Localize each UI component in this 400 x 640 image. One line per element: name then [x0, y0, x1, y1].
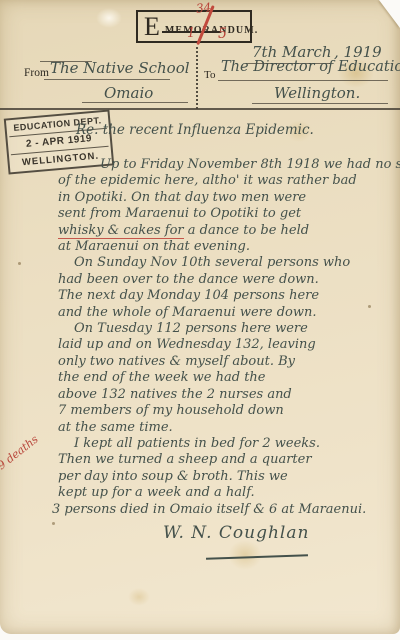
body-line: Up to Friday November 8th 1918 we had no…	[58, 157, 392, 173]
body-line: in Opotiki. On that day two men were	[58, 190, 392, 206]
signature-underline	[206, 554, 308, 559]
red-filing-number-left: 1	[187, 26, 195, 41]
memo-title: MEMORANDUM.	[165, 25, 258, 36]
body-line: and the whole of Maraenui were down.	[58, 305, 392, 321]
from-locality: Omaio	[104, 84, 153, 102]
centre-fold-dotted-line	[196, 47, 198, 109]
paper-stain	[128, 588, 150, 606]
red-filing-number-right: 5	[218, 26, 227, 42]
body-line: had been over to the dance were down.	[58, 272, 392, 288]
signature: W. N. Coughlan	[163, 523, 309, 543]
to-locality-rule	[252, 103, 388, 104]
body-line: Then we turned a sheep and a quarter	[58, 452, 392, 468]
body-line: 3 persons died in Omaio itself & 6 at Ma…	[52, 502, 392, 518]
from-value: The Native School	[50, 59, 190, 77]
to-value: The Director of Education	[221, 59, 400, 75]
body-line: sent from Maraenui to Opotiki to get	[58, 206, 392, 222]
body-line: laid up and on Wednesday 132, leaving	[58, 337, 392, 353]
memo-initial-letter: E	[144, 14, 160, 40]
body-line: above 132 natives the 2 nurses and	[58, 387, 392, 403]
to-locality: Wellington.	[274, 84, 360, 102]
paper-stain	[96, 8, 122, 28]
torn-corner	[379, 0, 400, 28]
body-line: at Maraenui on that evening.	[58, 239, 392, 255]
body-line: The next day Monday 104 persons here	[58, 288, 392, 304]
body-line: I kept all patients in bed for 2 weeks.	[58, 436, 392, 452]
margin-note-deaths: 9 deaths	[0, 433, 41, 473]
from-locality-rule	[82, 102, 188, 103]
to-label: To	[204, 69, 215, 81]
body-line: per day into soup & broth. This we	[58, 469, 392, 485]
body-line: the end of the week we had the	[58, 370, 392, 386]
body-line: On Sunday Nov 10th several persons who	[58, 255, 392, 271]
from-rule	[44, 79, 170, 80]
body-line: whisky & cakes for a dance to be held	[58, 223, 392, 239]
body-line: only two natives & myself about. By	[58, 354, 392, 370]
letter-body: Up to Friday November 8th 1918 we had no…	[58, 157, 392, 518]
from-label: From	[24, 67, 49, 79]
to-rule	[218, 80, 388, 81]
red-underlined-phrase: whisky & cakes for	[58, 223, 184, 239]
paper-speck	[18, 262, 21, 265]
body-line: of the epidemic here, altho' it was rath…	[58, 173, 392, 189]
paper-speck	[52, 522, 55, 525]
body-line: at the same time.	[58, 420, 392, 436]
header-divider-rule	[0, 108, 400, 110]
body-line: kept up for a week and a half.	[58, 485, 392, 501]
body-line: 7 members of my household down	[58, 403, 392, 419]
subject-line: Re. the recent Influenza Epidemic.	[76, 122, 314, 138]
paper-sheet: E MEMORANDUM. 34 1 5 7th March , 1919 Fr…	[0, 0, 400, 634]
body-line: On Tuesday 112 persons here were	[58, 321, 392, 337]
scanned-memorandum-page: E MEMORANDUM. 34 1 5 7th March , 1919 Fr…	[0, 0, 400, 640]
body-line-continuation: a dance to be held	[184, 223, 309, 238]
